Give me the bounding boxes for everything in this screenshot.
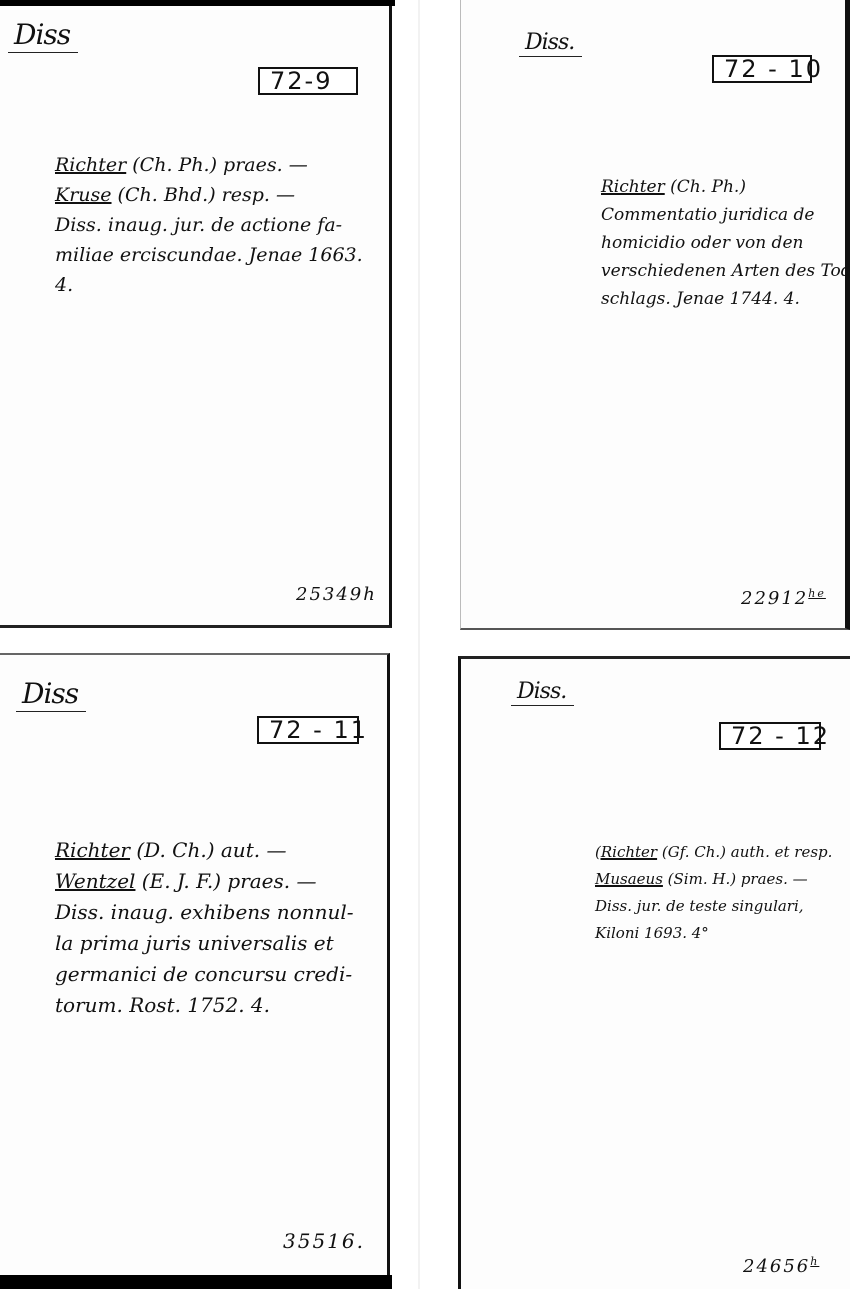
entry-line: torum. Rost. 1752. 4.: [55, 990, 354, 1021]
scan-border: [0, 0, 395, 6]
entry-line: miliae erciscundae. Jenae 1663.: [55, 240, 363, 270]
card-entry-text: Richter (D. Ch.) aut. — Wentzel (E. J. F…: [55, 835, 354, 1021]
call-number-label: 72 - 10: [712, 55, 812, 83]
card-rubric: Diss.: [525, 30, 574, 55]
entry-line: Wentzel (E. J. F.) praes. —: [55, 866, 354, 897]
accession-number: 22912he: [741, 587, 826, 609]
scan-border: [0, 1275, 392, 1289]
entry-line: Diss. inaug. exhibens nonnul-: [55, 897, 354, 928]
entry-line: Kruse (Ch. Bhd.) resp. —: [55, 180, 363, 210]
entry-line: Commentatio juridica de: [601, 201, 850, 229]
entry-line: homicidio oder von den: [601, 229, 850, 257]
entry-line: Richter (D. Ch.) aut. —: [55, 835, 354, 866]
entry-line: verschiedenen Arten des Tod-: [601, 257, 850, 285]
call-number-label: 72 - 12: [719, 722, 821, 750]
entry-line: 4.: [55, 270, 363, 300]
entry-line: Kiloni 1693. 4°: [595, 920, 832, 947]
entry-line: schlags. Jenae 1744. 4.: [601, 285, 850, 313]
entry-line: Diss. jur. de teste singulari,: [595, 893, 832, 920]
entry-line: germanici de concursu credi-: [55, 959, 354, 990]
entry-line: (Richter (Gf. Ch.) auth. et resp.: [595, 839, 832, 866]
card-entry-text: Richter (Ch. Ph.) praes. — Kruse (Ch. Bh…: [55, 150, 363, 300]
entry-line: Musaeus (Sim. H.) praes. —: [595, 866, 832, 893]
catalog-card-72-11: Diss 72 - 11 Richter (D. Ch.) aut. — Wen…: [0, 653, 390, 1275]
entry-line: Richter (Ch. Ph.): [601, 173, 850, 201]
card-entry-text: (Richter (Gf. Ch.) auth. et resp. Musaeu…: [595, 839, 832, 947]
accession-number: 24656h: [743, 1255, 819, 1277]
accession-number: 35516.: [283, 1229, 365, 1253]
card-entry-text: Richter (Ch. Ph.) Commentatio juridica d…: [601, 173, 850, 313]
entry-line: Diss. inaug. jur. de actione fa-: [55, 210, 363, 240]
card-rubric: Diss.: [517, 679, 566, 704]
catalog-card-72-9: Diss 72-9 Richter (Ch. Ph.) praes. — Kru…: [0, 0, 392, 628]
call-number-label: 72 - 11: [257, 716, 359, 744]
accession-number: 25349h: [296, 584, 377, 605]
card-rubric: Diss: [14, 18, 70, 51]
catalog-card-72-12: Diss. 72 - 12 (Richter (Gf. Ch.) auth. e…: [458, 656, 850, 1289]
entry-line: Richter (Ch. Ph.) praes. —: [55, 150, 363, 180]
background-gap: [418, 0, 420, 1289]
entry-line: la prima juris universalis et: [55, 928, 354, 959]
call-number-label: 72-9: [258, 67, 358, 95]
card-rubric: Diss: [22, 677, 78, 710]
catalog-card-72-10: Diss. 72 - 10 Richter (Ch. Ph.) Commenta…: [460, 0, 850, 630]
